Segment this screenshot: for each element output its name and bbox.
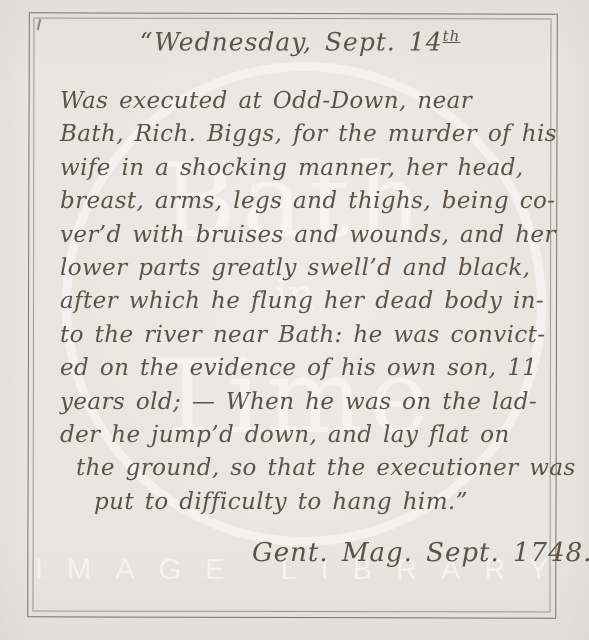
- manuscript-line: ver’d with bruises and wounds, and her: [60, 219, 546, 252]
- manuscript-body: Was executed at Odd-Down, near Bath, Ric…: [60, 85, 546, 519]
- manuscript-line: lower parts greatly swell’d and black,: [60, 252, 546, 285]
- manuscript-line: years old; — When he was on the lad-: [60, 386, 546, 419]
- manuscript-line: put to difficulty to hang him.”: [60, 486, 546, 519]
- manuscript-line: after which he flung her dead body in-: [60, 285, 546, 318]
- title-ordinal-suffix: th: [443, 27, 461, 45]
- title-text: “Wednesday, Sept. 14: [140, 27, 443, 56]
- manuscript-line: breast, arms, legs and thighs, being co-: [60, 185, 546, 218]
- manuscript-line: wife in a shocking manner, her head,: [60, 152, 546, 185]
- manuscript-page: Bath in Time IMAGE LIBRARY “Wednesday, S…: [0, 0, 589, 640]
- manuscript-line: Bath, Rich. Biggs, for the murder of his: [60, 118, 546, 151]
- manuscript-line: Was executed at Odd-Down, near: [60, 85, 546, 118]
- manuscript-line: ed on the evidence of his own son, 11: [60, 352, 546, 385]
- manuscript-line: the ground, so that the executioner was: [60, 452, 546, 485]
- entry-date-heading: “Wednesday, Sept. 14th: [115, 27, 485, 56]
- source-attribution: Gent. Mag. Sept. 1748.: [252, 538, 552, 568]
- manuscript-line: der he jump’d down, and lay flat on: [60, 419, 546, 452]
- manuscript-line: to the river near Bath: he was convict-: [60, 319, 546, 352]
